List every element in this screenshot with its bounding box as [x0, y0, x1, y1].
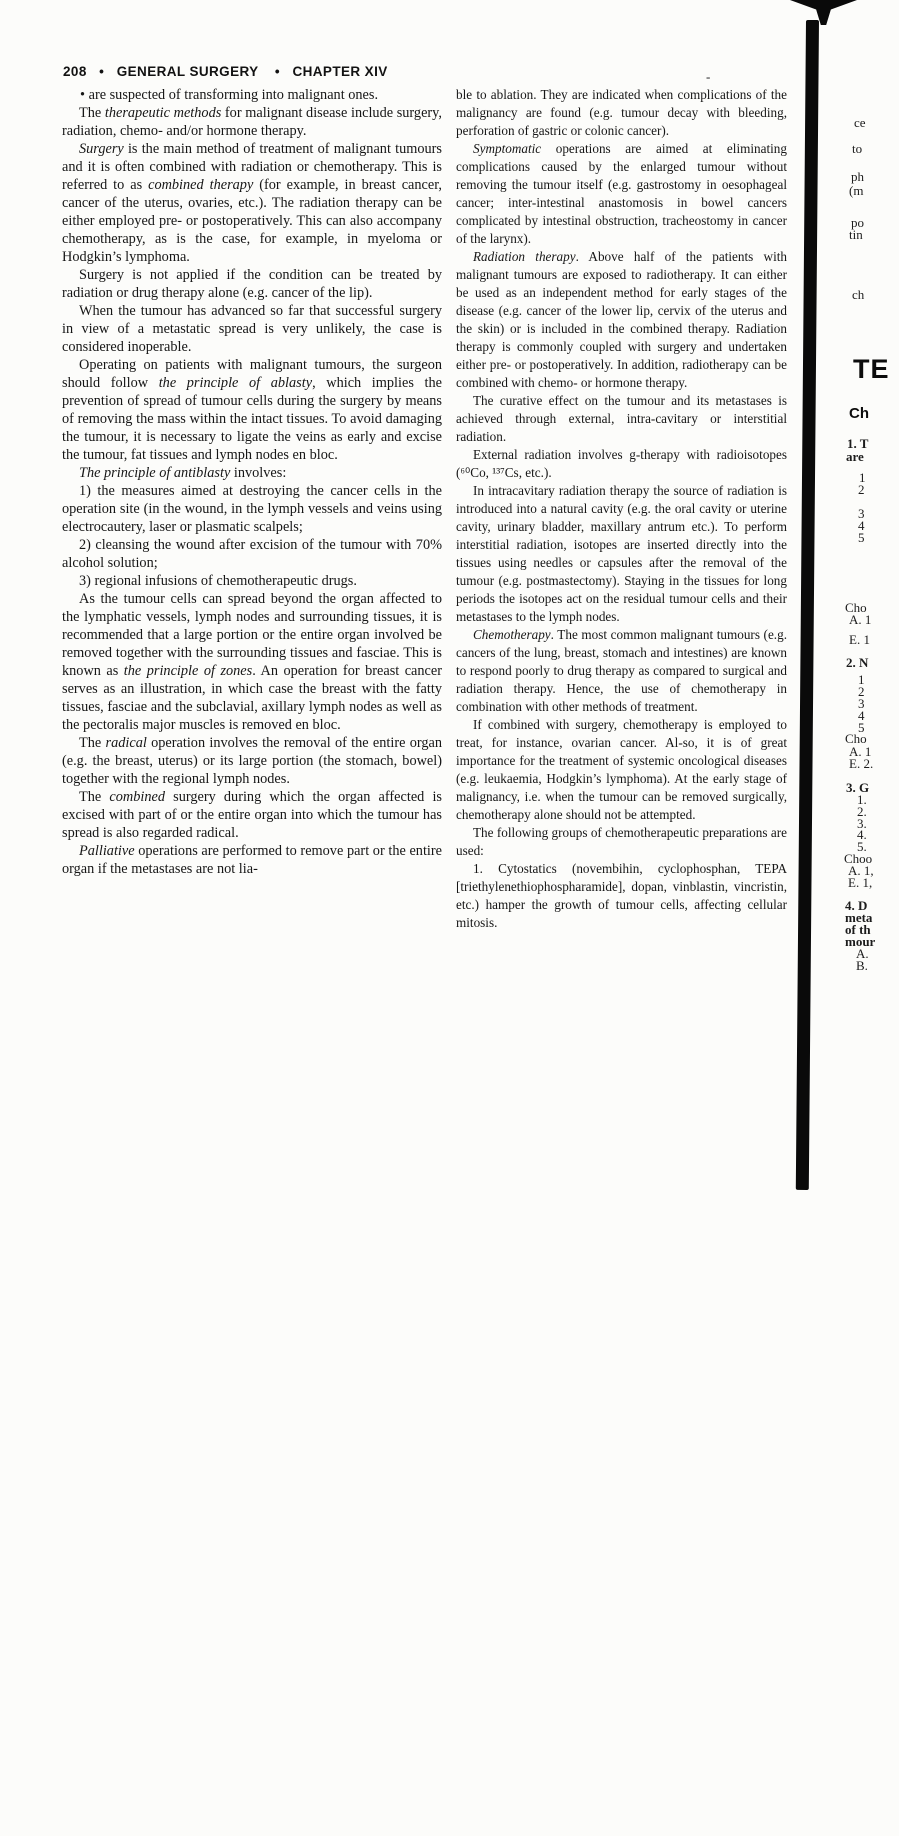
adjacent-page-text-fragment: to	[852, 142, 862, 155]
adjacent-page-text-fragment: 5	[858, 531, 865, 544]
adjacent-page-text-fragment: ch	[852, 288, 864, 301]
adjacent-page-text-fragment: -	[706, 70, 710, 83]
adjacent-page-text-fragment: E. 2.	[849, 757, 873, 770]
adjacent-page-text-fragment: 2. N	[846, 656, 868, 669]
adjacent-page-text-fragment: (m	[849, 184, 863, 197]
adjacent-page-text-fragment: ce	[854, 116, 866, 129]
adjacent-page-text-fragment: 2	[858, 483, 865, 496]
adjacent-page-text-fragment: E. 1,	[848, 876, 872, 889]
adjacent-page-text-fragment: A. 1	[849, 613, 871, 626]
book-page-scan: 208 • GENERAL SURGERY • CHAPTER XIV • ar…	[0, 0, 899, 1836]
adjacent-page-text-fragment: E. 1	[849, 633, 870, 646]
page-edge-fragments: -cetoph(mpotinchTECh1. Tare12345ChoA. 1E…	[0, 0, 899, 1836]
adjacent-page-text-fragment: Ch	[849, 406, 869, 421]
adjacent-page-text-fragment: ph	[851, 170, 864, 183]
adjacent-page-text-fragment: B.	[856, 959, 868, 972]
adjacent-page-text-fragment: tin	[849, 228, 863, 241]
adjacent-page-text-fragment: are	[846, 450, 864, 463]
adjacent-page-text-fragment: TE	[853, 356, 890, 383]
